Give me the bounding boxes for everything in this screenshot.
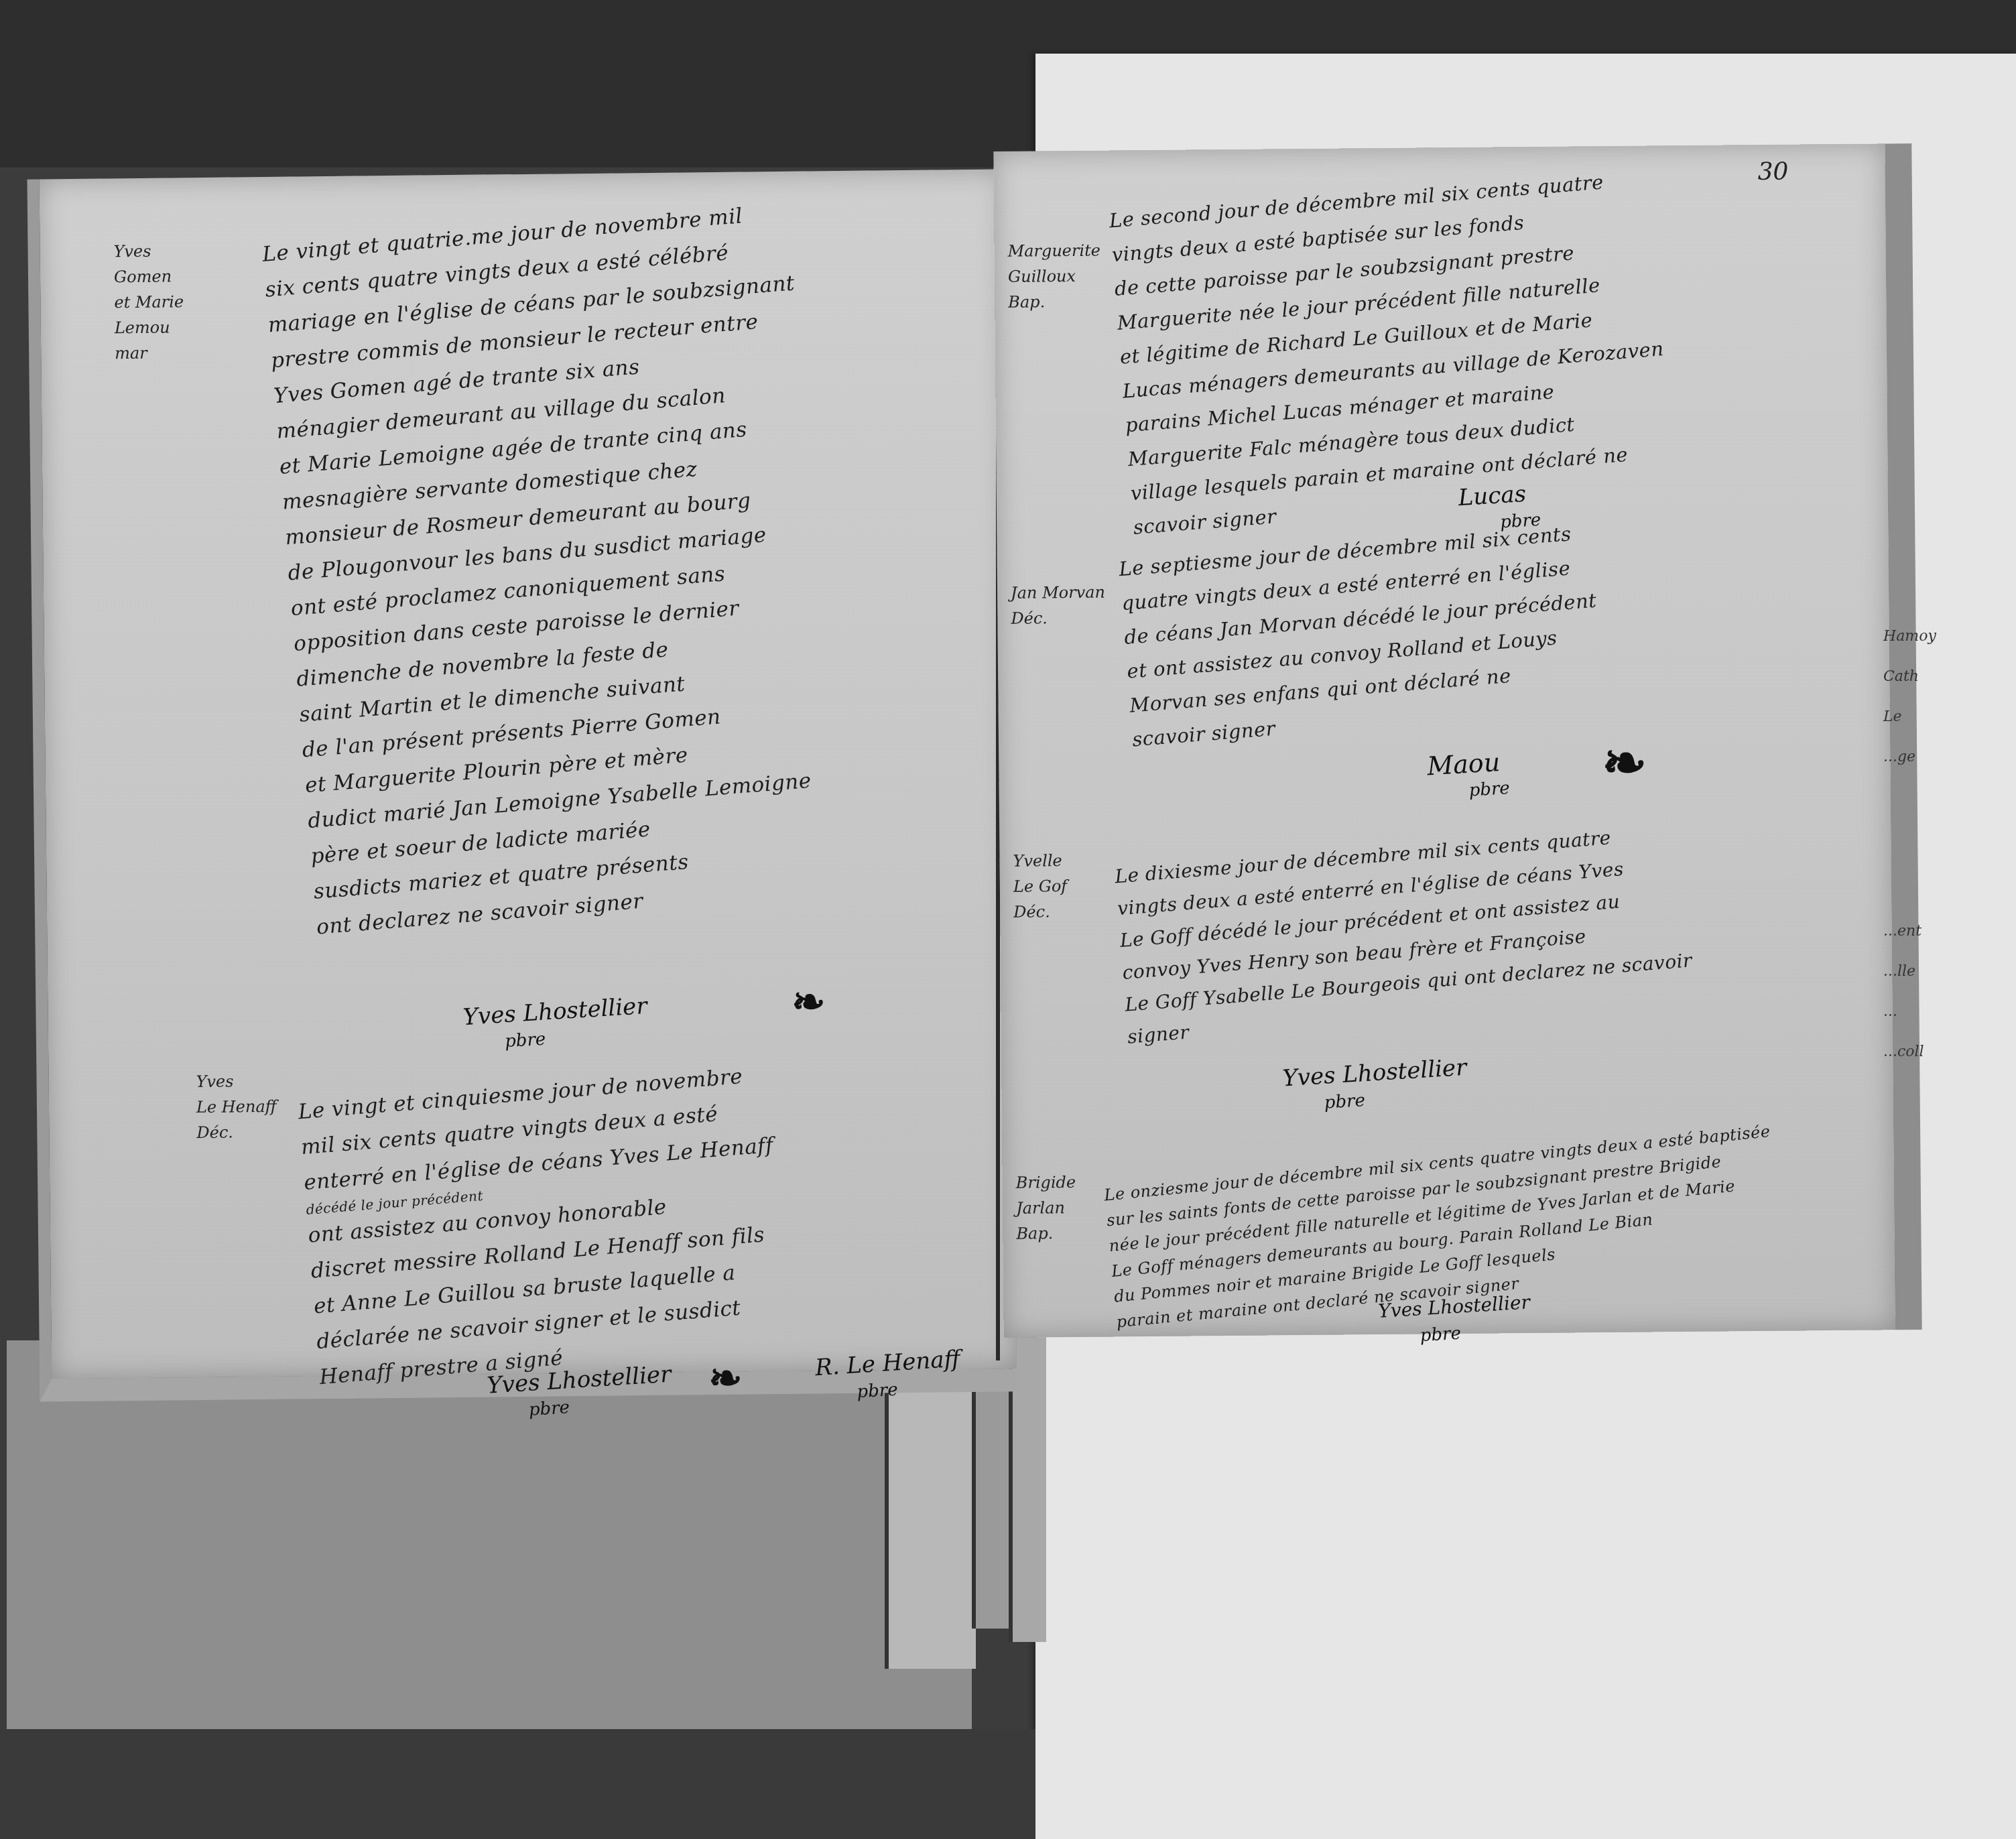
margin-note-entry-4: Jan Morvan Déc. [1011,580,1112,631]
scan-bottom-band [0,1729,1035,1839]
signature-le-henaff: R. Le Henaff pbre [814,1346,962,1408]
folio-number: 30 [1757,158,1788,186]
edge-margin-notes: Hamoy Cath Le ...ge ...ent ...lle ... ..… [1883,617,1944,1072]
entry-baptism-guilloux: Le second jour de décembre mil six cents… [1108,162,1676,545]
right-page: 30 Marguerite Guilloux Bap. Le second jo… [993,143,1921,1338]
paraph-flourish-3: ❧ [1602,743,1647,783]
register-book: Yves Gomen et Marie Lemou mar Le vingt e… [13,147,1930,1387]
entry-burial-morvan: Le septiesme jour de décembre mil six ce… [1118,515,1606,757]
paraph-flourish-1: ❧ [792,982,826,1023]
left-page: Yves Gomen et Marie Lemou mar Le vingt e… [27,169,1017,1401]
signature-maou: Maou pbre [1426,748,1511,806]
margin-note-entry-2: Yves Le Henaff Déc. [196,1068,297,1146]
entry-marriage-gomen: Le vingt et quatrie.me jour de novembre … [261,195,844,946]
entry-burial-le-henaff: Le vingt et cinquiesme jour de novembre … [297,1057,791,1395]
entry-burial-le-goff: Le dixiesme jour de décembre mil six cen… [1114,816,1696,1054]
margin-note-entry-3: Marguerite Guilloux Bap. [1007,238,1109,315]
margin-note-entry-6: Brigide Jarlan Bap. [1016,1169,1117,1246]
signature-lhostellier-4: Yves Lhostellier pbre [1377,1289,1532,1352]
signature-lhostellier-3: Yves Lhostellier pbre [1281,1054,1469,1119]
signature-lhostellier-1: Yves Lhostellier pbre [462,993,650,1058]
margin-note-entry-5: Yvelle Le Gof Déc. [1013,847,1114,924]
margin-note-entry-1: Yves Gomen et Marie Lemou mar [113,238,215,367]
paraph-flourish-2: ❧ [708,1358,743,1399]
